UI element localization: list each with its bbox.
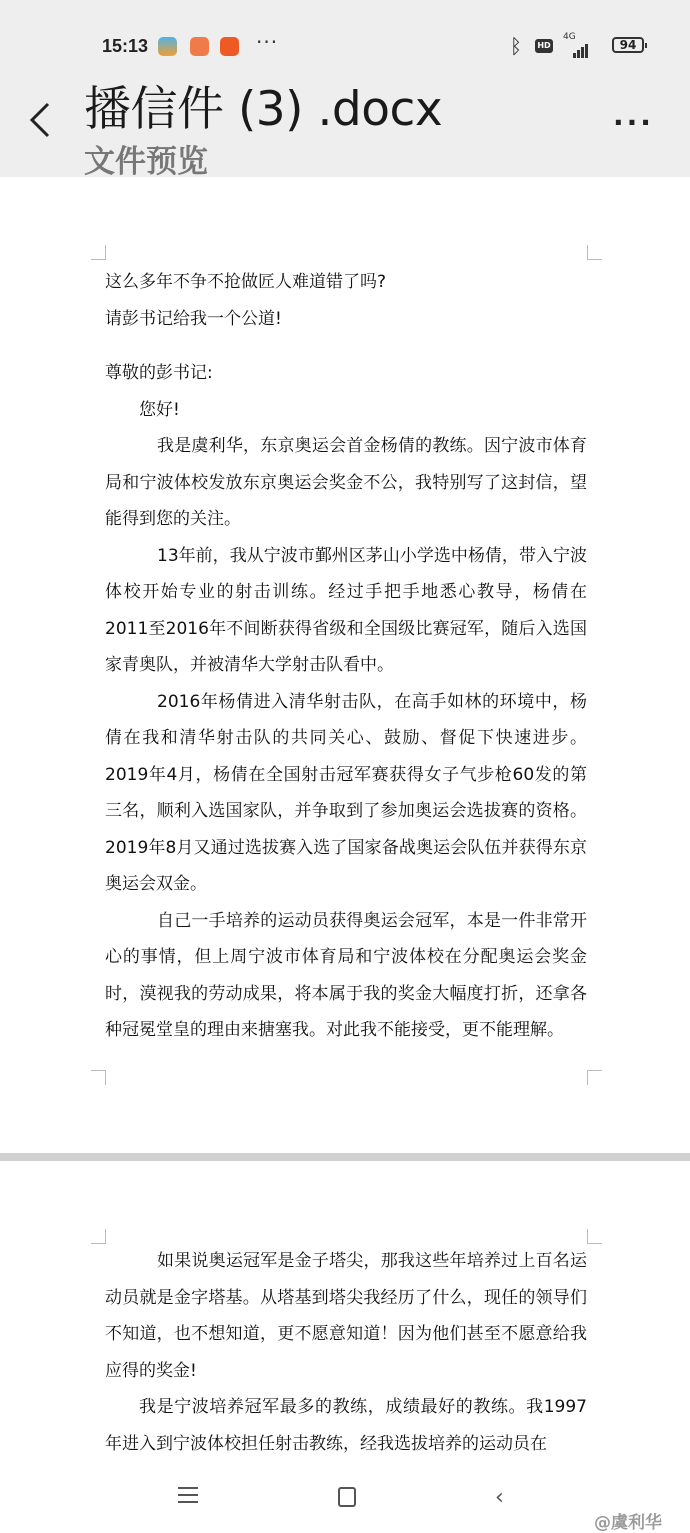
app-notification-icon: [220, 37, 239, 56]
weibo-watermark: @虞利华: [594, 1508, 662, 1533]
system-navigation-bar: ‹: [0, 1465, 690, 1533]
battery-icon: 94: [612, 37, 644, 53]
paragraph: 我是宁波培养冠军最多的教练，成绩最好的教练。我1997年进入到宁波体校担任射击教…: [105, 1389, 587, 1462]
paragraph: 自己一手培养的运动员获得奥运会冠军，本是一件非常开心的事情，但上周宁波市体育局和…: [105, 903, 587, 1049]
paragraph: 2016年杨倩进入清华射击队，在高手如林的环境中，杨倩在我和清华射击队的共同关心…: [105, 684, 587, 903]
page-corner-mark: [91, 1229, 106, 1244]
page-corner-mark: [587, 245, 602, 260]
document-page-1: 这么多年不争不抢做匠人难道错了吗? 请彭书记给我一个公道! 尊敬的彭书记: 您好…: [0, 177, 690, 1153]
paragraph: 如果说奥运冠军是金子塔尖，那我这些年培养过上百名运动员就是金字塔基。从塔基到塔尖…: [105, 1243, 587, 1389]
document-page-2: 如果说奥运冠军是金子塔尖，那我这些年培养过上百名运动员就是金字塔基。从塔基到塔尖…: [0, 1161, 690, 1465]
chevron-left-icon: [28, 102, 52, 138]
more-notifications-icon: ···: [256, 30, 278, 54]
page-separator: [0, 1153, 690, 1161]
home-button[interactable]: [338, 1487, 356, 1507]
paragraph: 13年前，我从宁波市鄞州区茅山小学选中杨倩，带入宁波体校开始专业的射击训练。经过…: [105, 538, 587, 684]
bluetooth-icon: ᛒ: [510, 34, 522, 58]
back-button[interactable]: [28, 102, 52, 138]
greeting: 您好!: [105, 392, 587, 429]
top-app-bar: 15:13 ··· ᛒ HD 4G 94 播信件 (3) .docx 文件预览 …: [0, 0, 690, 177]
heading-line: 请彭书记给我一个公道!: [105, 301, 587, 338]
app-notification-icon: [158, 37, 177, 56]
page-corner-mark: [587, 1070, 602, 1085]
hd-voice-icon: HD: [535, 39, 553, 53]
page-corner-mark: [91, 245, 106, 260]
recent-apps-button[interactable]: [178, 1487, 198, 1508]
file-title: 播信件 (3) .docx: [84, 72, 442, 139]
document-body: 这么多年不争不抢做匠人难道错了吗? 请彭书记给我一个公道! 尊敬的彭书记: 您好…: [105, 264, 587, 1049]
document-body: 如果说奥运冠军是金子塔尖，那我这些年培养过上百名运动员就是金字塔基。从塔基到塔尖…: [105, 1243, 587, 1462]
page-corner-mark: [91, 1070, 106, 1085]
page-corner-mark: [587, 1229, 602, 1244]
mi-store-notification-icon: [190, 37, 209, 56]
page-subtitle: 文件预览: [84, 136, 208, 181]
status-time: 15:13: [102, 36, 148, 57]
signal-icon: [573, 38, 589, 58]
salutation: 尊敬的彭书记:: [105, 355, 587, 392]
more-options-button[interactable]: ···: [613, 106, 654, 139]
system-back-button[interactable]: ‹: [495, 1485, 504, 1510]
status-bar: 15:13 ··· ᛒ HD 4G 94: [0, 36, 690, 60]
paragraph: 我是虞利华，东京奥运会首金杨倩的教练。因宁波市体育局和宁波体校发放东京奥运会奖金…: [105, 428, 587, 538]
heading-line: 这么多年不争不抢做匠人难道错了吗?: [105, 264, 587, 301]
